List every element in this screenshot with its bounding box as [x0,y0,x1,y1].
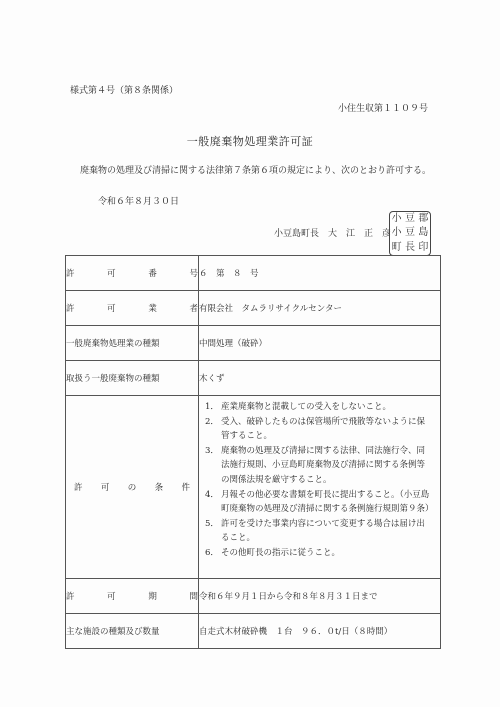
condition-item: 5．許可を受けた事業内容について変更する場合は届け出ること。 [205,517,432,546]
label-char: 者 [189,302,198,314]
label-char: 条 [155,481,164,493]
seal-char: 印 [417,243,430,253]
condition-item: 4．月報その他必要な書類を町長に提出すること。（小豆島町廃棄物の処理及び清掃に関… [205,488,432,517]
label-char: 番 [148,267,157,279]
label-facility: 主な施設の種類及び数量 [66,614,199,649]
label-char: 可 [107,302,116,314]
table-row-permit-number: 許 可 番 号 ６ 第 ８ 号 [66,256,441,291]
condition-text: 月報その他必要な書類を町長に提出すること。（小豆島町廃棄物の処理及び清掃に関する… [221,488,432,517]
issuer-name: 小豆島町長 大 江 正 彦 [274,226,391,239]
preamble-text: 廃棄物の処理及び清掃に関する法律第７条第６項の規定により、次のとおり許可する。 [80,163,431,176]
label-char: 許 [66,302,75,314]
value-facility: 自走式木材破砕機 １台 ９６．０t/日（８時間） [199,614,441,649]
condition-item: 6．その他町長の指示に従うこと。 [205,546,432,561]
value-waste-type: 木くず [199,361,441,396]
condition-text: 産業廃棄物と混載しての受入をしないこと。 [221,400,391,415]
condition-item: 1．産業廃棄物と混載しての受入をしないこと。 [205,400,432,415]
table-row-conditions: 許 可 の 条 件 1．産業廃棄物と混載しての受入をしないこと。 2．受入、破砕… [66,396,441,579]
label-char: 件 [181,481,190,493]
value-permittee: 有限会社 タムラリサイクルセンター [199,291,441,326]
table-row-permit-period: 許 可 期 間 令和６年９月１日から令和８年８月３１日まで [66,579,441,614]
label-char: 許 [66,590,75,602]
seal-char: 郡 [417,214,430,224]
table-row-waste-type: 取扱う一般廃棄物の種類 木くず [66,361,441,396]
condition-text: 受入、破砕したものは保管場所で飛散等ないように保管すること。 [221,415,432,444]
seal-char: 小 [390,214,403,224]
condition-item: 3．廃棄物の処理及び清掃に関する法律、同法施行令、同法施行規則、小豆島町廃棄物及… [205,444,432,488]
label-conditions: 許 可 の 条 件 [66,396,199,579]
condition-text: その他町長の指示に従うこと。 [221,546,340,561]
seal-char: 長 [403,243,416,253]
label-char: 可 [107,267,116,279]
seal-char: 豆 [403,228,416,238]
official-seal-icon: 小 豆 郡 小 豆 島 町 長 印 [389,211,431,256]
label-char: 許 [74,481,83,493]
form-number: 様式第４号（第８条関係） [70,83,178,96]
condition-number: 5． [205,517,221,546]
seal-char: 豆 [403,214,416,224]
condition-number: 1． [205,400,221,415]
condition-number: 3． [205,444,221,488]
label-permittee: 許 可 業 者 [66,291,199,326]
value-conditions: 1．産業廃棄物と混載しての受入をしないこと。 2．受入、破砕したものは保管場所で… [199,396,441,579]
issue-date: 令和６年８月３０日 [98,194,179,207]
label-char: の [128,481,137,493]
conditions-list: 1．産業廃棄物と混載しての受入をしないこと。 2．受入、破砕したものは保管場所で… [199,396,440,563]
label-permit-number: 許 可 番 号 [66,256,199,291]
value-business-type: 中間処理（破砕） [199,326,441,361]
label-char: 許 [66,267,75,279]
table-row-facility: 主な施設の種類及び数量 自走式木材破砕機 １台 ９６．０t/日（８時間） [66,614,441,649]
seal-char: 島 [417,228,430,238]
condition-text: 許可を受けた事業内容について変更する場合は届け出ること。 [221,517,432,546]
label-char: 可 [101,481,110,493]
condition-text: 廃棄物の処理及び清掃に関する法律、同法施行令、同法施行規則、小豆島町廃棄物及び清… [221,444,432,488]
label-waste-type: 取扱う一般廃棄物の種類 [66,361,199,396]
label-char: 間 [189,590,198,602]
table-row-business-type: 一般廃棄物処理業の種類 中間処理（破砕） [66,326,441,361]
table-row-permittee: 許 可 業 者 有限会社 タムラリサイクルセンター [66,291,441,326]
label-permit-period: 許 可 期 間 [66,579,199,614]
condition-number: 4． [205,488,221,517]
document-number: 小住生収第１１０９号 [338,101,428,114]
document-title: 一般廃棄物処理業許可証 [0,133,500,149]
condition-number: 2． [205,415,221,444]
seal-char: 町 [390,243,403,253]
permit-table: 許 可 番 号 ６ 第 ８ 号 許 可 業 者 有限会社 タムラリサイクルセンタ… [65,255,441,649]
condition-number: 6． [205,546,221,561]
value-permit-number: ６ 第 ８ 号 [199,256,441,291]
seal-char: 小 [390,228,403,238]
condition-item: 2．受入、破砕したものは保管場所で飛散等ないように保管すること。 [205,415,432,444]
label-char: 可 [107,590,116,602]
value-permit-period: 令和６年９月１日から令和８年８月３１日まで [199,579,441,614]
label-char: 期 [148,590,157,602]
label-business-type: 一般廃棄物処理業の種類 [66,326,199,361]
label-char: 号 [189,267,198,279]
label-char: 業 [148,302,157,314]
